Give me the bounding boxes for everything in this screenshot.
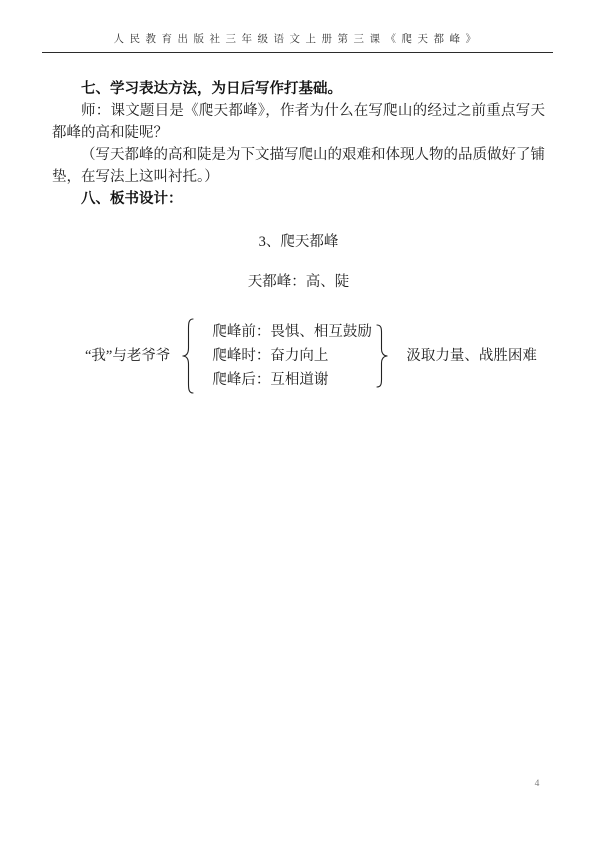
- diagram-item-during: 爬峰时：奋力向上: [212, 344, 373, 368]
- left-brace-icon: [181, 318, 195, 394]
- right-brace-icon: [375, 324, 389, 388]
- board-design-section: 3、爬天都峰 天都峰：高、陡 “我”与老爷爷 爬峰前：畏惧、相互鼓励 爬峰时：奋…: [52, 231, 545, 394]
- diagram-left-label: “我”与老爷爷: [85, 345, 170, 367]
- document-content: 七、学习表达方法，为日后写作打基础。 师：课文题目是《爬天都峰》，作者为什么在写…: [52, 78, 545, 394]
- answer-note-paragraph: （写天都峰的高和陡是为下文描写爬山的艰难和体现人物的品质做好了铺垫，在写法上这叫…: [52, 144, 545, 188]
- teacher-question-paragraph: 师：课文题目是《爬天都峰》，作者为什么在写爬山的经过之前重点写天都峰的高和陡呢？: [52, 100, 545, 144]
- section-7-heading: 七、学习表达方法，为日后写作打基础。: [52, 78, 545, 100]
- header-divider: [42, 52, 553, 53]
- page-number: 4: [529, 779, 545, 789]
- board-title: 3、爬天都峰: [52, 231, 545, 253]
- header-title: 人民教育出版社三年级语文上册第三课《爬天都峰》: [42, 31, 553, 46]
- diagram-item-before: 爬峰前：畏惧、相互鼓励: [212, 320, 373, 344]
- document-page: 人民教育出版社三年级语文上册第三课《爬天都峰》 七、学习表达方法，为日后写作打基…: [0, 0, 595, 842]
- diagram-right-label: 汲取力量、战胜困难: [406, 345, 537, 367]
- diagram-item-after: 爬峰后：互相道谢: [212, 368, 373, 392]
- board-subtitle: 天都峰：高、陡: [52, 271, 545, 293]
- page-header: 人民教育出版社三年级语文上册第三课《爬天都峰》: [42, 31, 553, 53]
- board-diagram: “我”与老爷爷 爬峰前：畏惧、相互鼓励 爬峰时：奋力向上 爬峰后：互相道谢 汲取…: [85, 318, 545, 394]
- section-8-heading: 八、板书设计：: [52, 188, 545, 210]
- diagram-items: 爬峰前：畏惧、相互鼓励 爬峰时：奋力向上 爬峰后：互相道谢: [212, 320, 373, 392]
